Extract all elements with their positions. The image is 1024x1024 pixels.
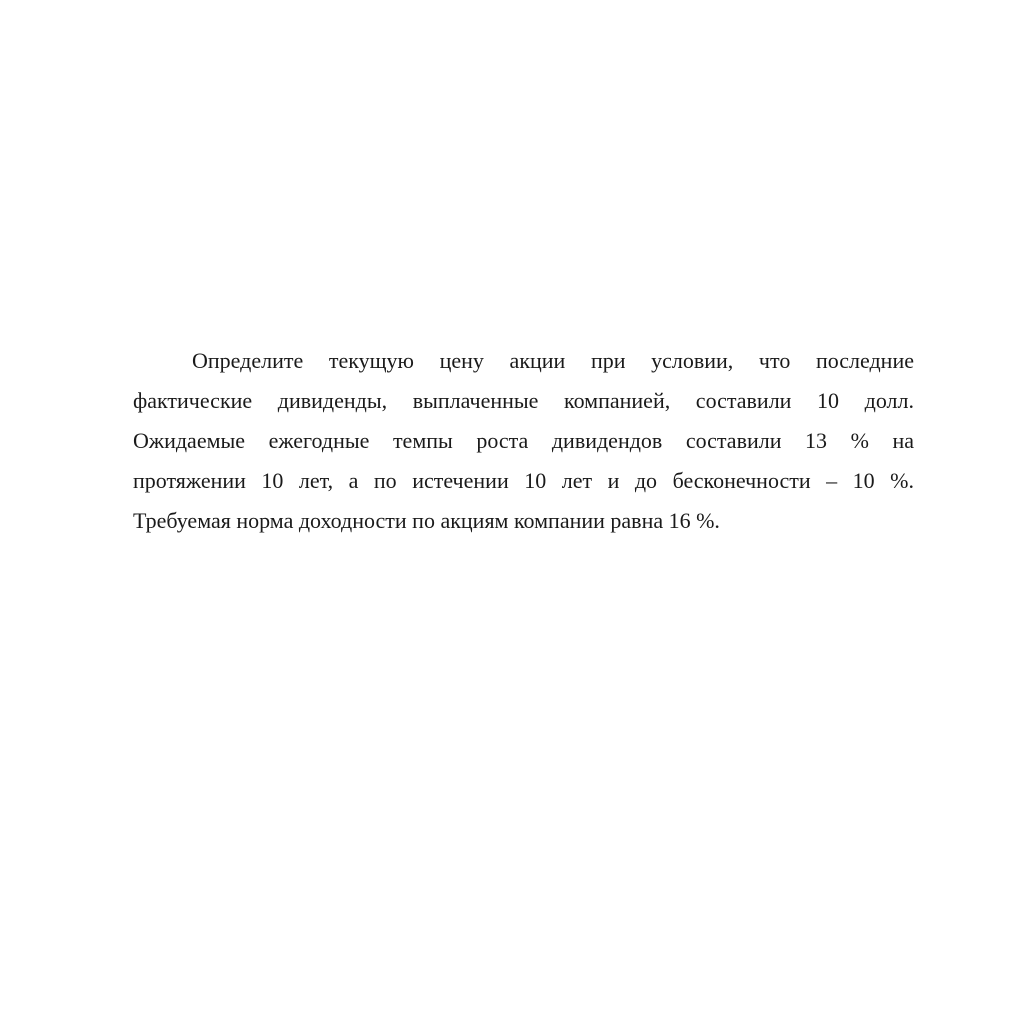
paragraph-line: Определите текущую цену акции при услови… <box>133 341 914 381</box>
problem-paragraph: Определите текущую цену акции при услови… <box>133 341 914 541</box>
paragraph-line: фактические дивиденды, выплаченные компа… <box>133 381 914 421</box>
paragraph-line: Требуемая норма доходности по акциям ком… <box>133 501 914 541</box>
document-page: Определите текущую цену акции при услови… <box>0 0 1024 1024</box>
paragraph-line: протяжении 10 лет, а по истечении 10 лет… <box>133 461 914 501</box>
paragraph-line: Ожидаемые ежегодные темпы роста дивиденд… <box>133 421 914 461</box>
